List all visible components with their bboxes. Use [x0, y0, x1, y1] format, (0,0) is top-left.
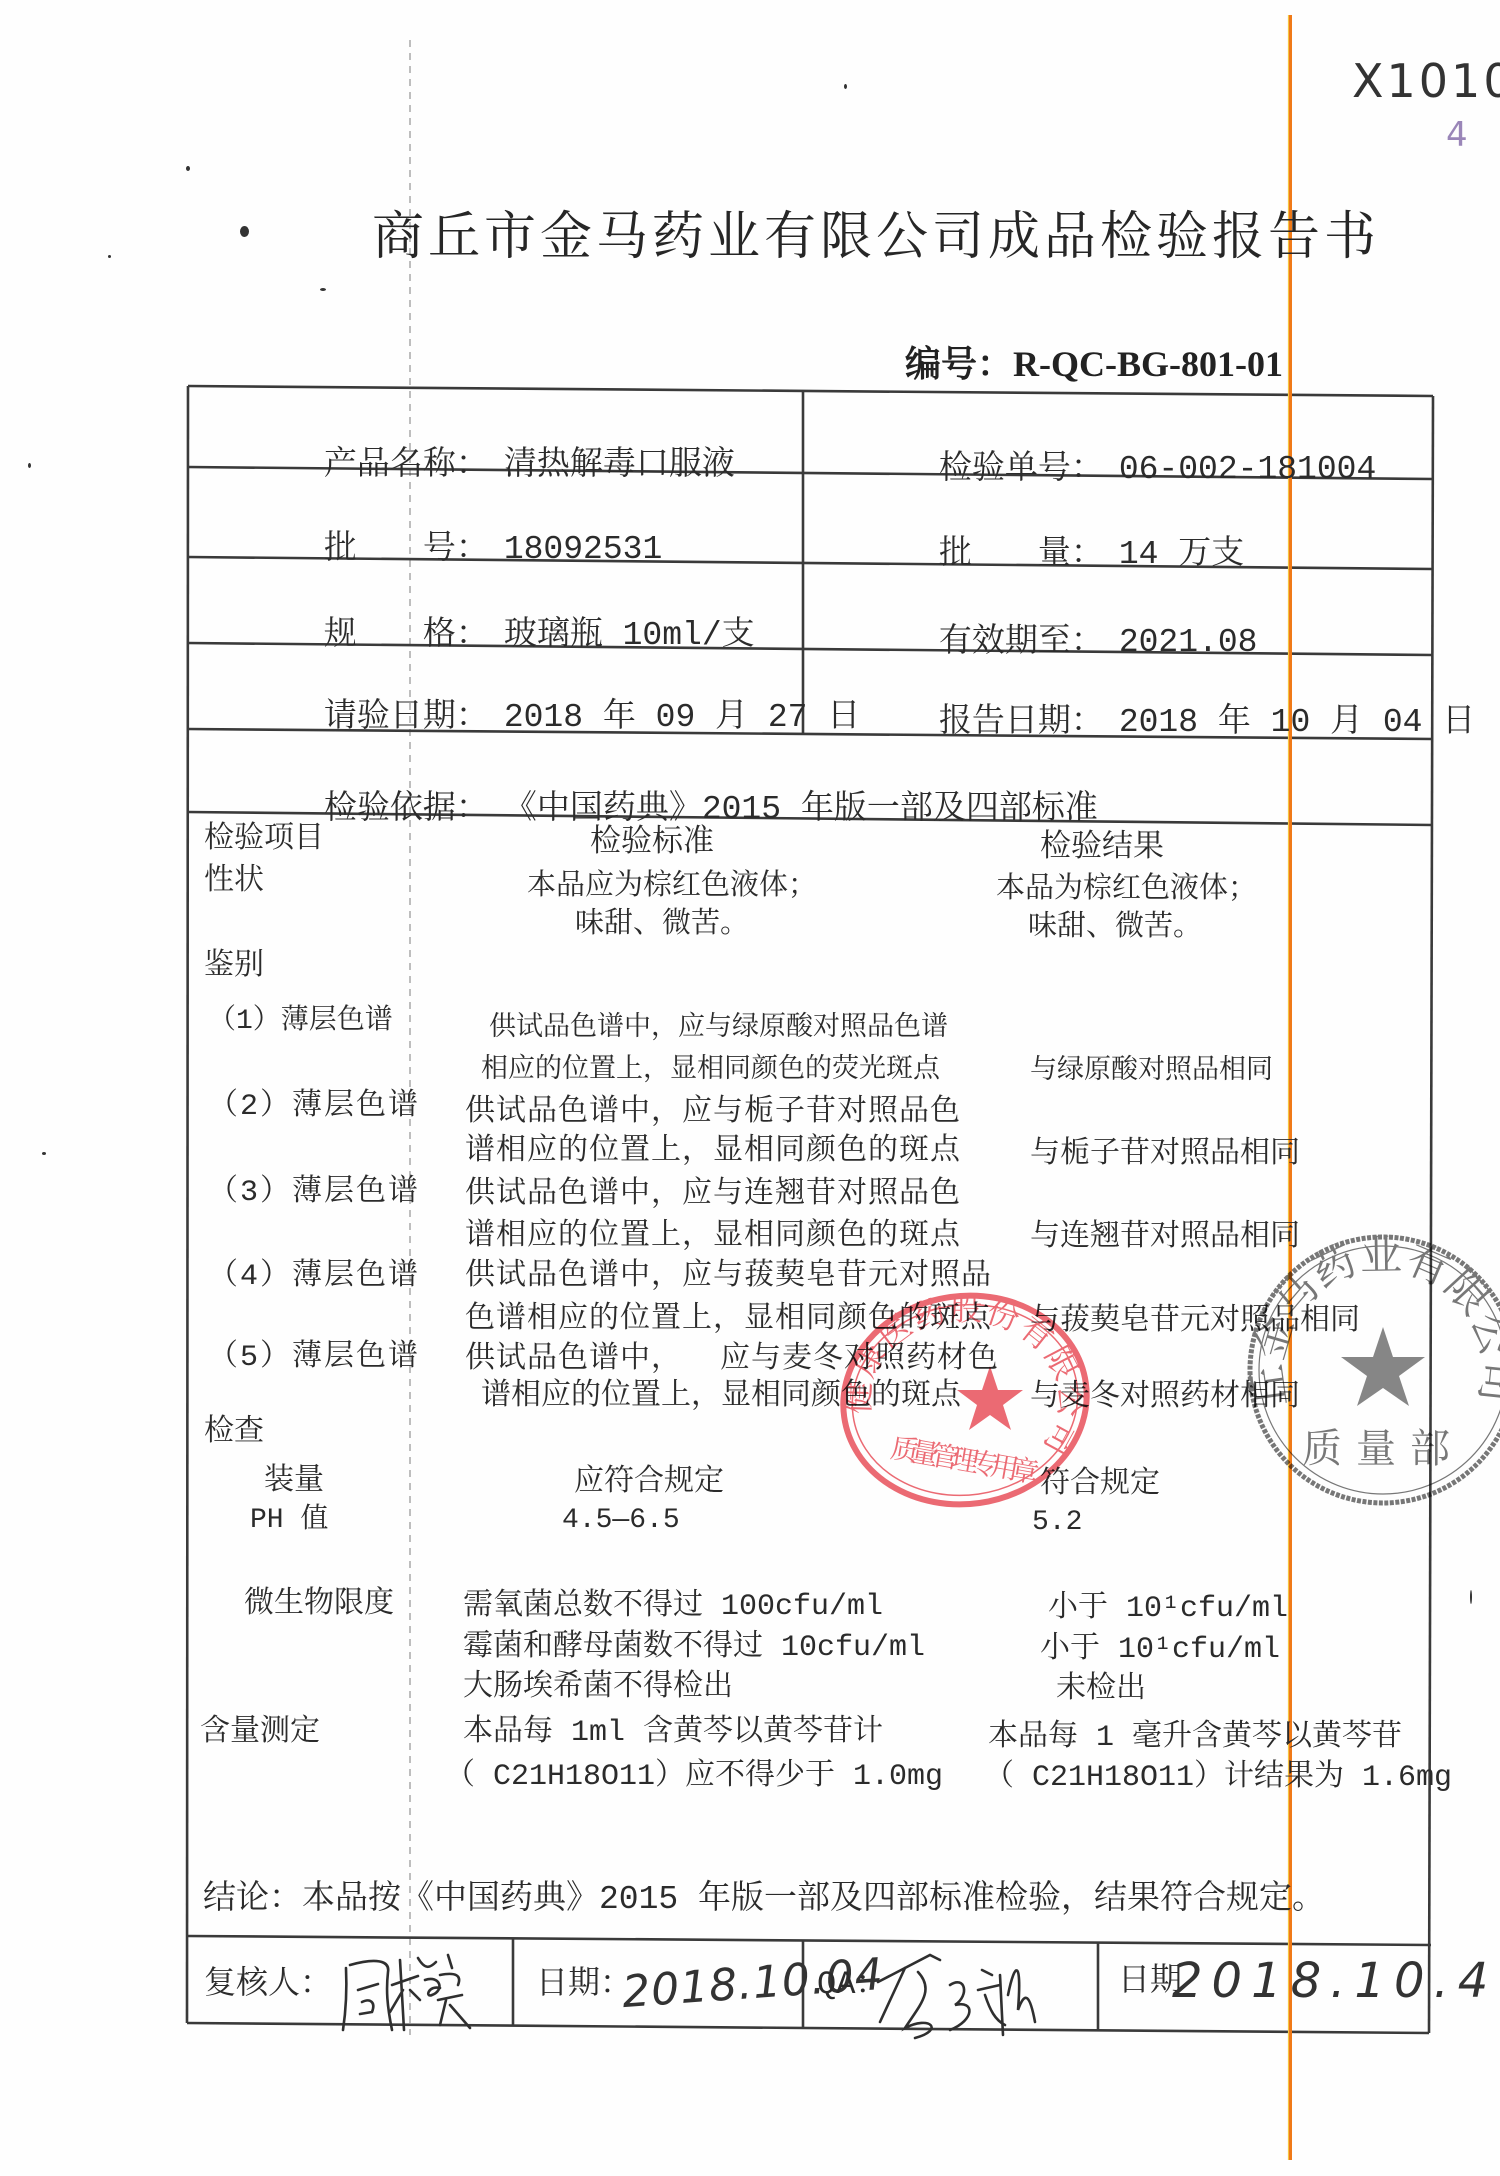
- red-stamp-arc-text: 健康医药股份有限公司: [839, 1290, 1090, 1462]
- gray-stamp-bottom-text: 质量部: [1302, 1426, 1464, 1472]
- star-icon: [1341, 1327, 1425, 1406]
- red-quality-stamp: 健康医药股份有限公司 质量管理专用章: [830, 1280, 1101, 1520]
- red-stamp-bottom-text: 质量管理专用章: [888, 1431, 1041, 1490]
- stamps: 健康医药股份有限公司 质量管理专用章 丘金马药业有限公司 质量部: [0, 0, 1500, 2176]
- inspection-report-page: X101041 4 商丘市金马药业有限公司成品检验报告书 编号：R-QC-BG-…: [0, 0, 1500, 2176]
- gray-quality-dept-stamp: 丘金马药业有限公司 质量部: [1242, 1231, 1500, 1503]
- star-icon: [957, 1366, 1023, 1430]
